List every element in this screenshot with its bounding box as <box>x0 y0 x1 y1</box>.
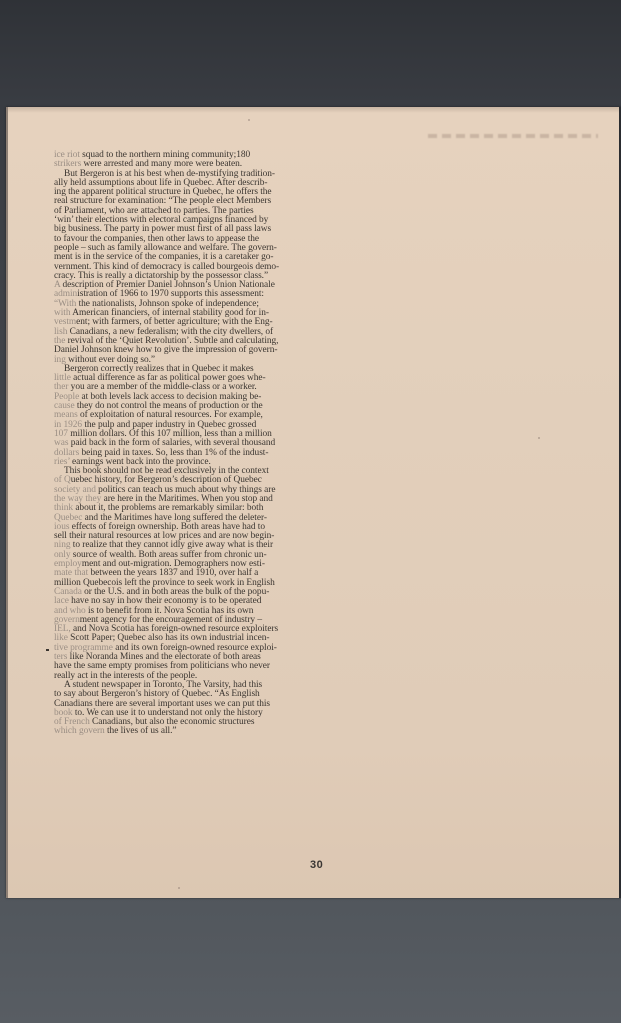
text-line: which govern the lives of us all.” <box>54 727 312 736</box>
paper-fleck <box>248 119 250 121</box>
paper-fleck <box>538 437 540 439</box>
scanned-page: ice riot squad to the northern mining co… <box>6 107 621 898</box>
page-number: 30 <box>310 859 323 871</box>
text: the lives of us all.” <box>105 726 177 736</box>
paper-fleck <box>178 887 180 889</box>
faded-text: which govern <box>54 726 105 736</box>
bleed-through-heading <box>428 134 598 138</box>
article-text-column: ice riot squad to the northern mining co… <box>54 151 312 737</box>
margin-mark <box>46 649 49 651</box>
